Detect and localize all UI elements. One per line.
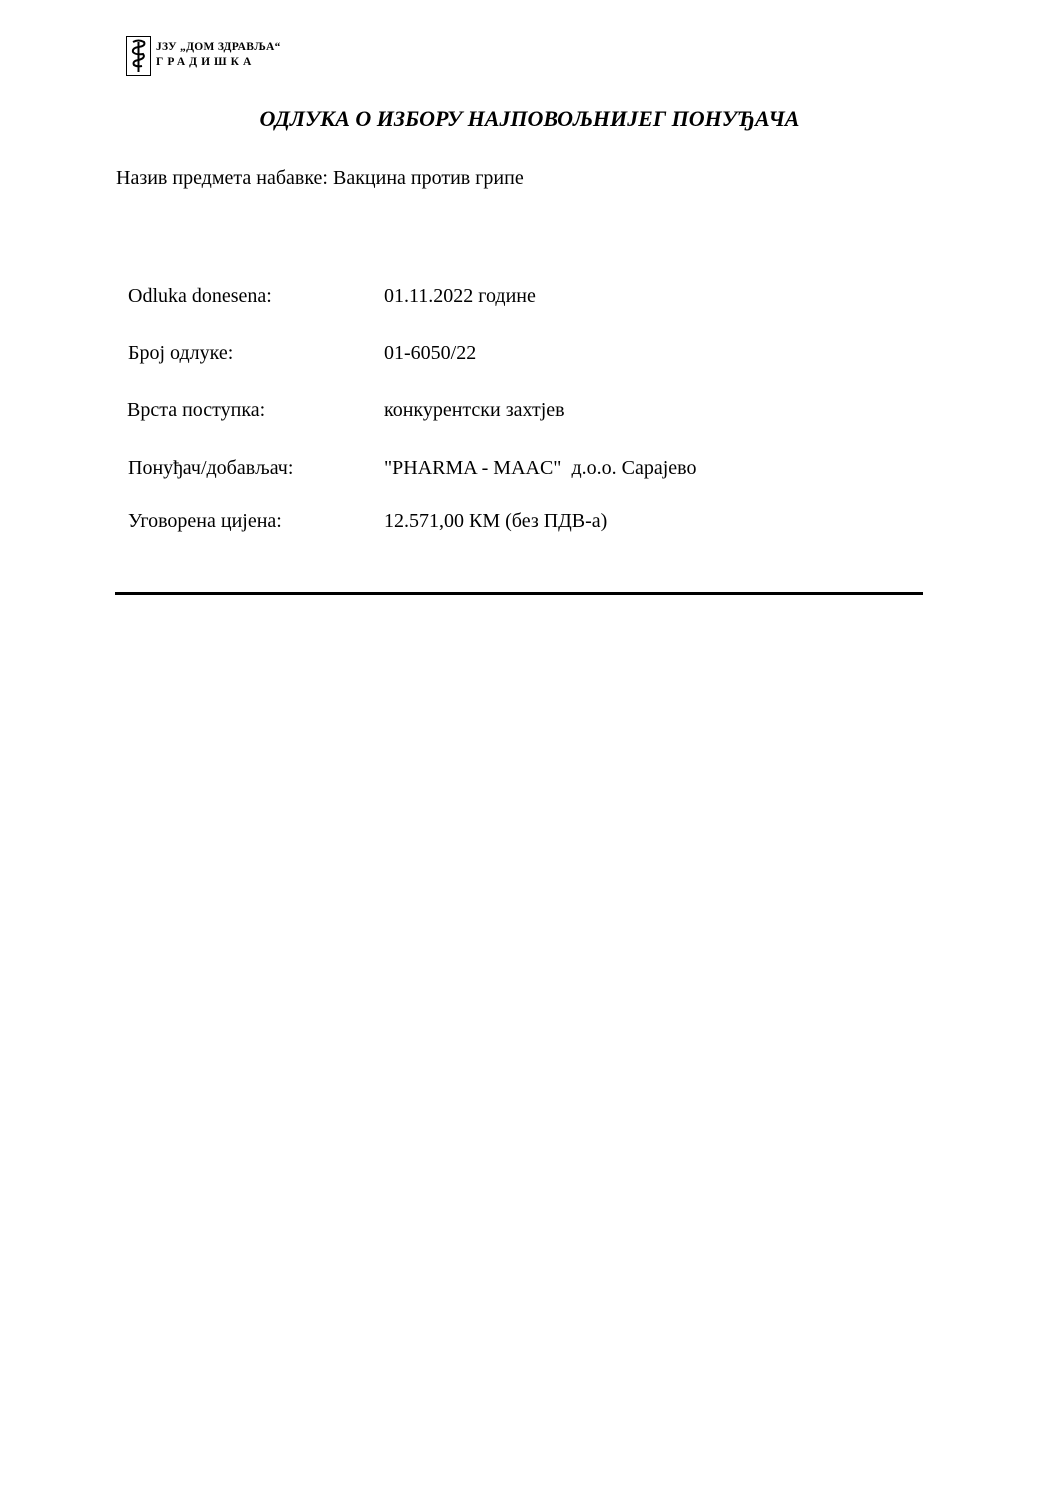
detail-row-contract-price: Уговорена цијена: 12.571,00 КМ (без ПДВ-… [128,510,607,533]
document-title: ОДЛУКА О ИЗБОРУ НАЈПОВОЉНИЈЕГ ПОНУЂАЧА [0,106,1059,132]
detail-row-procedure-type: Врста поступка: конкурентски захтјев [127,399,565,422]
detail-value: 01.11.2022 године [384,285,536,308]
detail-row-decision-number: Број одлуке: 01-6050/22 [128,342,476,365]
detail-label: Уговорена цијена: [128,510,384,533]
detail-value: 12.571,00 КМ (без ПДВ-а) [384,510,607,533]
caduceus-icon [126,36,151,76]
detail-label: Понуђач/добављач: [128,457,384,480]
detail-row-decision-date: Odluka donesena: 01.11.2022 године [128,285,536,308]
detail-label: Број одлуке: [128,342,384,365]
institution-name: ЈЗУ „ДОМ ЗДРАВЉА“ [156,40,281,55]
detail-value: "PHARMA - MAAC" д.о.о. Сарајево [384,457,696,480]
subject-value: Вакцина против грипе [333,167,524,189]
detail-row-supplier: Понуђач/добављач: "PHARMA - MAAC" д.о.о.… [128,457,696,480]
procurement-subject: Назив предмета набавке: Вакцина против г… [116,167,524,190]
detail-value: конкурентски захтјев [384,399,565,422]
detail-label: Врста поступка: [127,399,384,422]
institution-city: ГРАДИШКА [156,55,281,70]
subject-label: Назив предмета набавке: [116,167,328,189]
institution-logo: ЈЗУ „ДОМ ЗДРАВЉА“ ГРАДИШКА [126,36,281,76]
horizontal-divider [115,592,923,595]
detail-label: Odluka donesena: [128,285,384,308]
detail-value: 01-6050/22 [384,342,476,365]
